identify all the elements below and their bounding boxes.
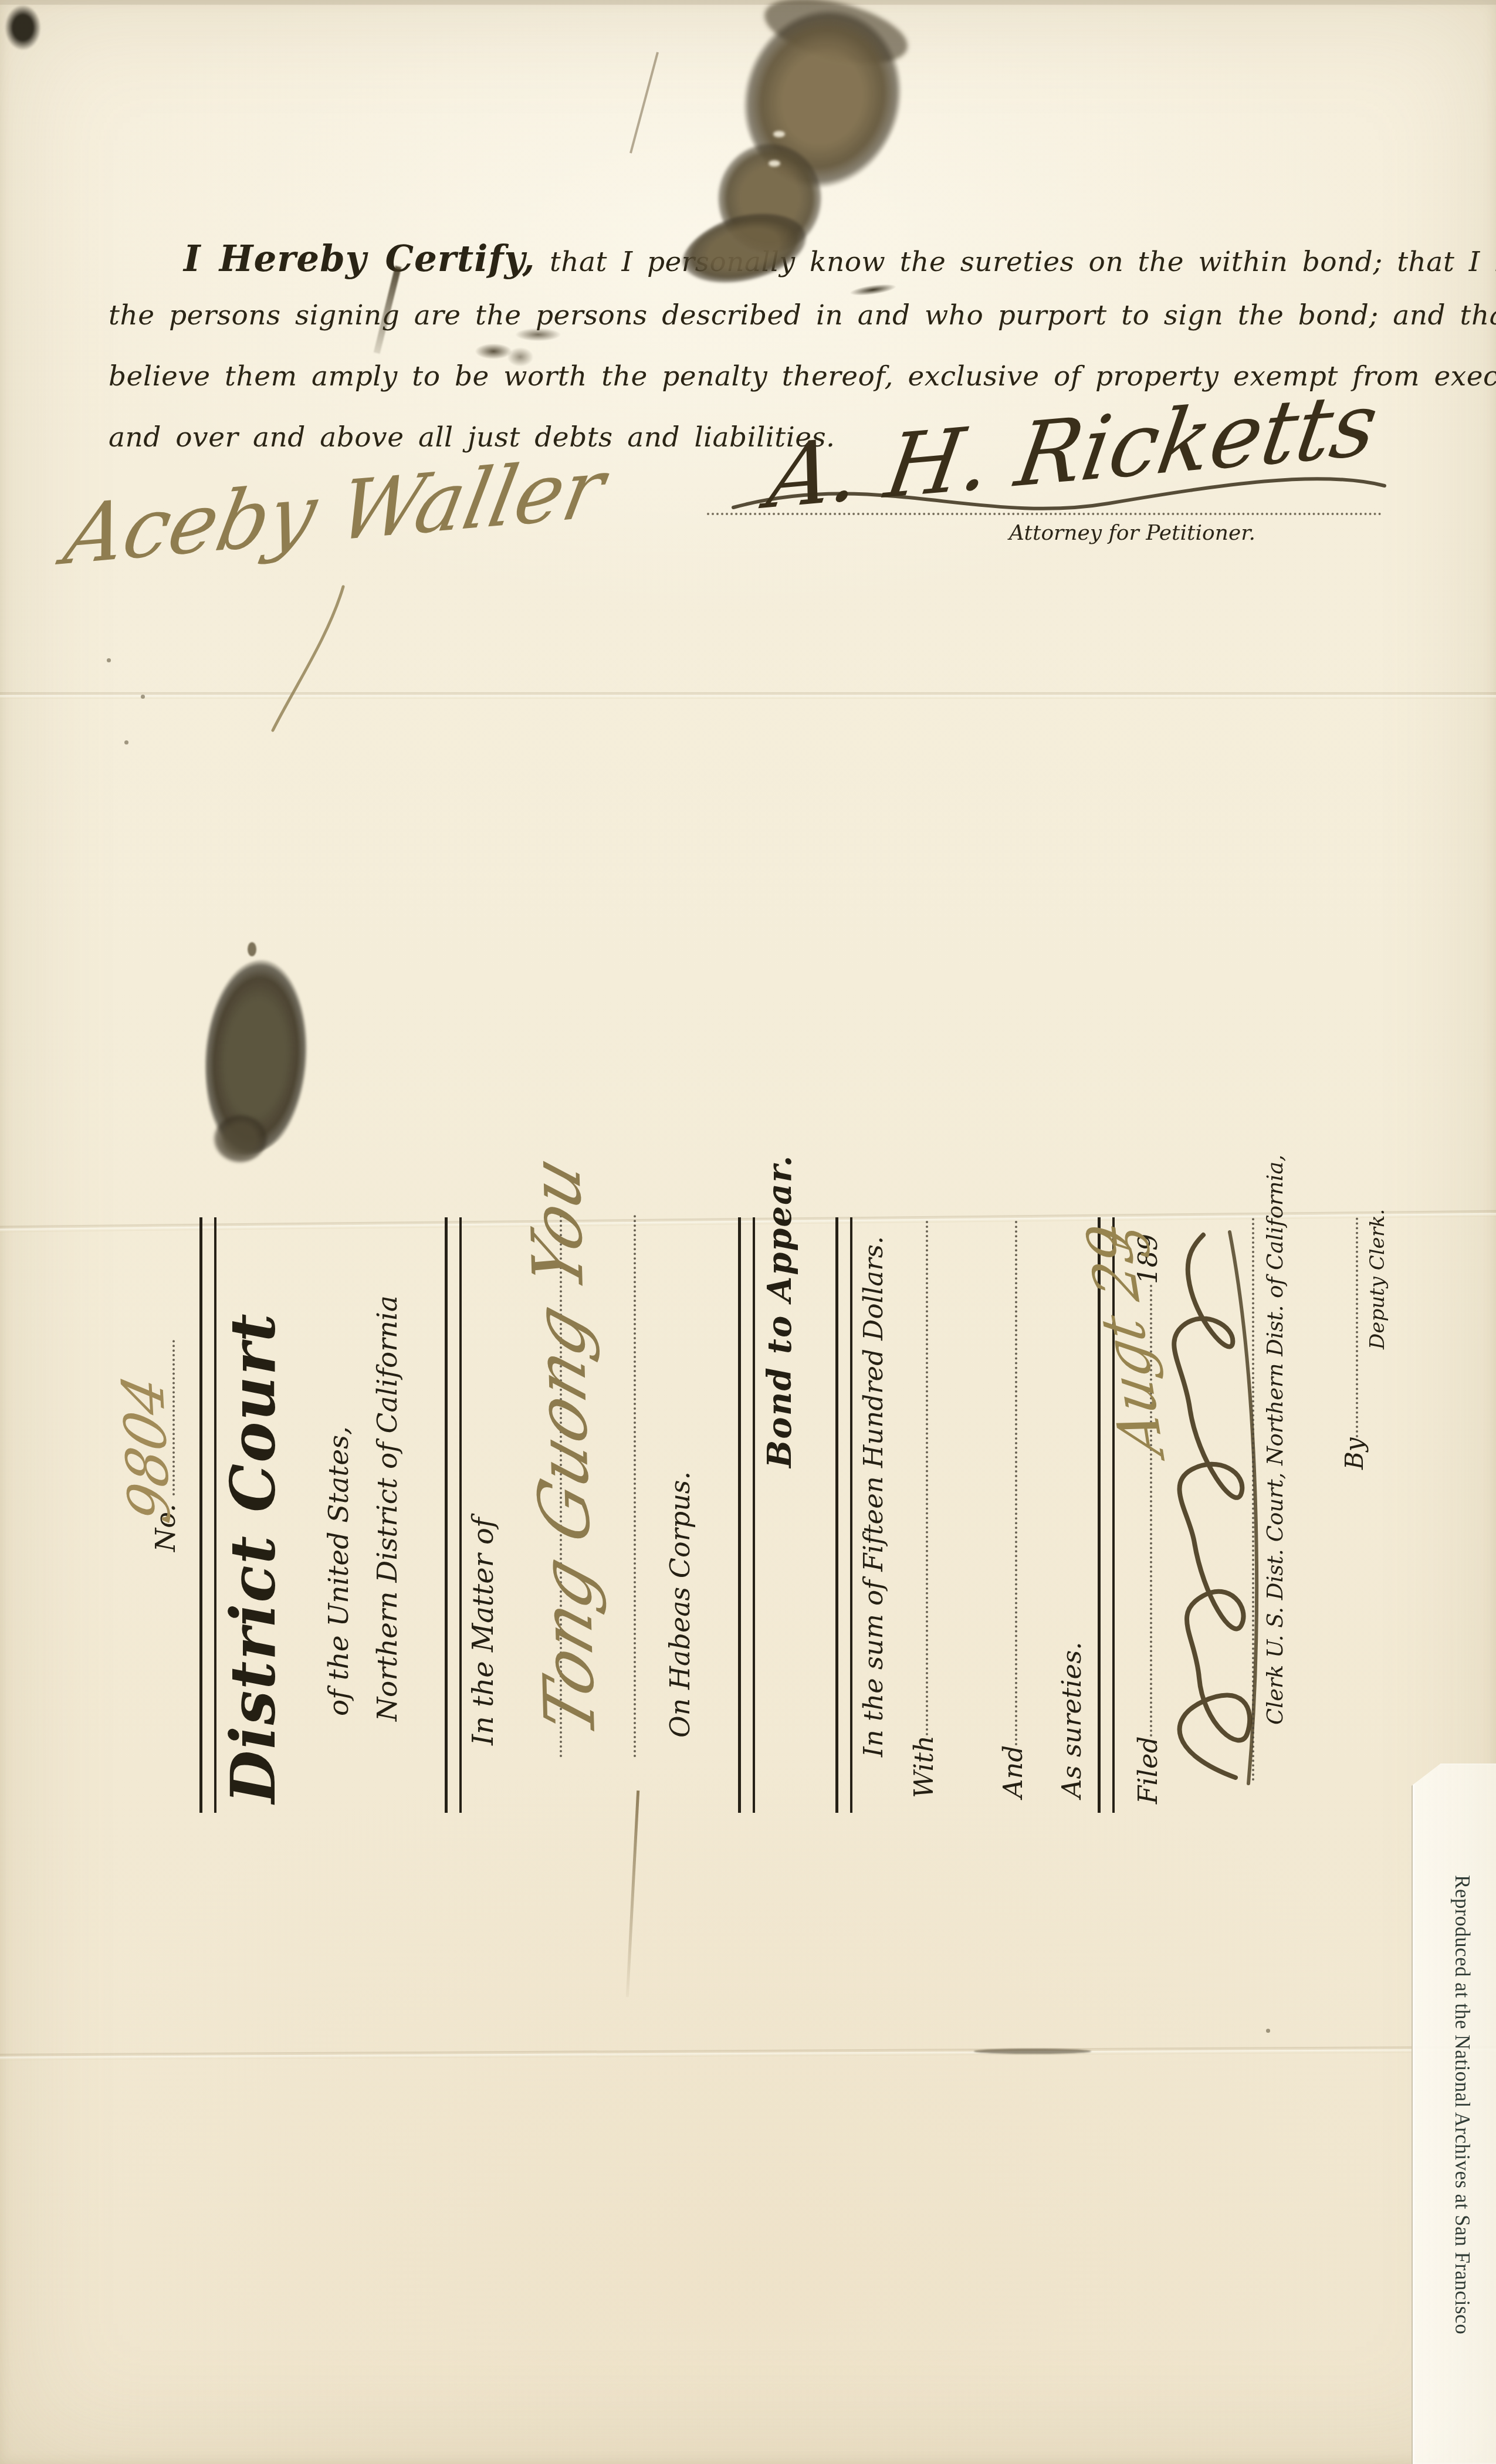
scanned-document-page: I Hereby Certify, that I personally know… xyxy=(0,0,1496,2464)
docket-rule-2 xyxy=(445,1217,462,1813)
paper-speck xyxy=(124,740,128,744)
docket-rule-3 xyxy=(738,1217,755,1813)
party-name-handwritten: Tong Guong You xyxy=(515,1146,611,1745)
paper-speck xyxy=(141,695,145,699)
by-line: By xyxy=(1340,1217,1369,1470)
court-title: District Court xyxy=(217,1312,289,1803)
party-name-ruled-line-2 xyxy=(612,1214,636,1757)
docket-rule-4 xyxy=(835,1217,852,1813)
as-sureties-label: As sureties. xyxy=(1056,1641,1087,1798)
fold-crease-upper xyxy=(0,692,1496,699)
and-label: And xyxy=(997,1745,1028,1798)
bond-to-appear-title: Bond to Appear. xyxy=(760,1155,799,1468)
corner-ink-mark xyxy=(5,5,41,50)
certification-lead: I Hereby Certify, xyxy=(184,238,535,280)
archive-strip-text: Reproduced at the National Archives at S… xyxy=(1450,1875,1474,2334)
attorney-for-petitioner-label: Attorney for Petitioner. xyxy=(991,521,1273,545)
handwriting-flourish-tail xyxy=(626,1791,639,1997)
ink-stain-middle-foot xyxy=(212,1113,269,1164)
court-line3: Northern District of California xyxy=(371,1295,404,1721)
clerk-title-label: Clerk U. S. Dist. Court, Northern Dist. … xyxy=(1263,1155,1288,1725)
attorney-signature-flourish xyxy=(727,452,1396,528)
paper-speck xyxy=(107,658,111,662)
by-label: By xyxy=(1340,1437,1369,1470)
with-label: With xyxy=(908,1735,939,1798)
and-line: And xyxy=(997,1220,1028,1798)
crease-smudge xyxy=(974,2049,1091,2054)
paper-speck xyxy=(1266,2029,1270,2033)
docket-panel: No. 9804 District Court of the United St… xyxy=(135,1217,1393,1813)
deputy-clerk-label: Deputy Clerk. xyxy=(1366,1209,1389,1349)
with-line: With xyxy=(908,1220,939,1798)
certification-line-2: the persons signing are the persons desc… xyxy=(109,299,1399,360)
docket-rule-1 xyxy=(199,1217,216,1813)
ink-speck-above-stain xyxy=(248,942,256,956)
scratch-mark xyxy=(629,52,659,154)
sum-line: In the sum of Fifteen Hundred Dollars. xyxy=(858,1236,889,1757)
surety-signature-descender xyxy=(258,584,375,736)
matter-label: In the Matter of xyxy=(467,1517,500,1745)
docket-number-handwritten: 9804 xyxy=(110,1370,184,1528)
court-line2: of the United States, xyxy=(323,1426,355,1716)
archive-label-strip: Reproduced at the National Archives at S… xyxy=(1412,1764,1496,2464)
habeas-corpus-line: On Habeas Corpus. xyxy=(664,1471,696,1738)
ink-stain-top xyxy=(675,3,927,290)
clerk-signature-ruled-line xyxy=(1231,1217,1254,1781)
ink-smudge-line2 xyxy=(462,317,574,373)
fold-crease-lower xyxy=(0,2046,1496,2061)
